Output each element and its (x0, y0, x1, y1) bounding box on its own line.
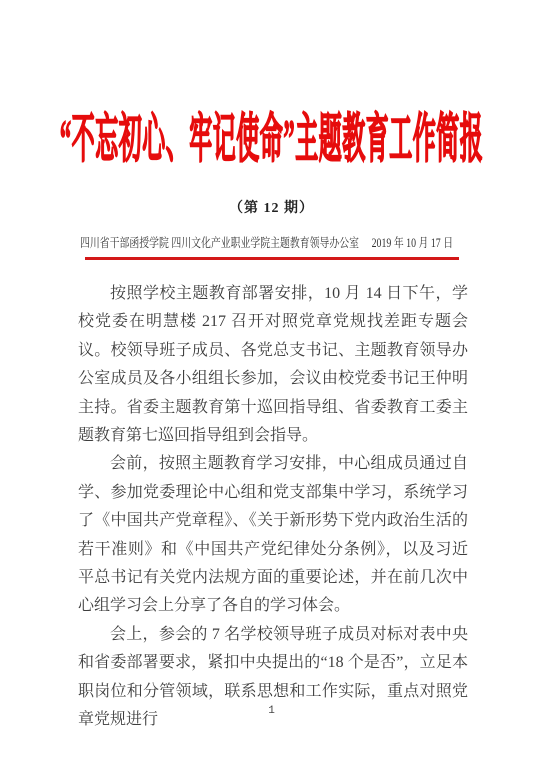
issue-number: （第 12 期） (0, 197, 543, 217)
red-divider-rule (85, 257, 459, 260)
document-title: “不忘初心、牢记使命”主题教育工作简报 (60, 96, 484, 172)
publisher-row: 四川省干部函授学院 四川文化产业职业学院主题教育领导办公室2019 年 10 月… (80, 233, 470, 251)
issue-date: 2019 年 10 月 17 日 (372, 236, 453, 250)
body-paragraph-1: 按照学校主题教育部署安排，10 月 14 日下午，学校党委在明慧楼 217 召开… (78, 280, 468, 450)
publisher-row-inner: 四川省干部函授学院 四川文化产业职业学院主题教育领导办公室2019 年 10 月… (80, 233, 453, 251)
body-paragraph-2: 会前，按照主题教育学习安排，中心组成员通过自学、参加党委理论中心组和党支部集中学… (78, 450, 468, 620)
publisher-name: 四川省干部函授学院 四川文化产业职业学院主题教育领导办公室 (80, 236, 359, 250)
body-paragraph-3: 会上，参会的 7 名学校领导班子成员对标对表中央和省委部署要求，紧扣中央提出的“… (78, 621, 468, 735)
document-page: “不忘初心、牢记使命”主题教育工作简报 （第 12 期） 四川省干部函授学院 四… (0, 0, 543, 768)
document-body: 按照学校主题教育部署安排，10 月 14 日下午，学校党委在明慧楼 217 召开… (78, 280, 468, 735)
page-number: 1 (0, 705, 543, 717)
masthead: “不忘初心、牢记使命”主题教育工作简报 (0, 102, 543, 166)
